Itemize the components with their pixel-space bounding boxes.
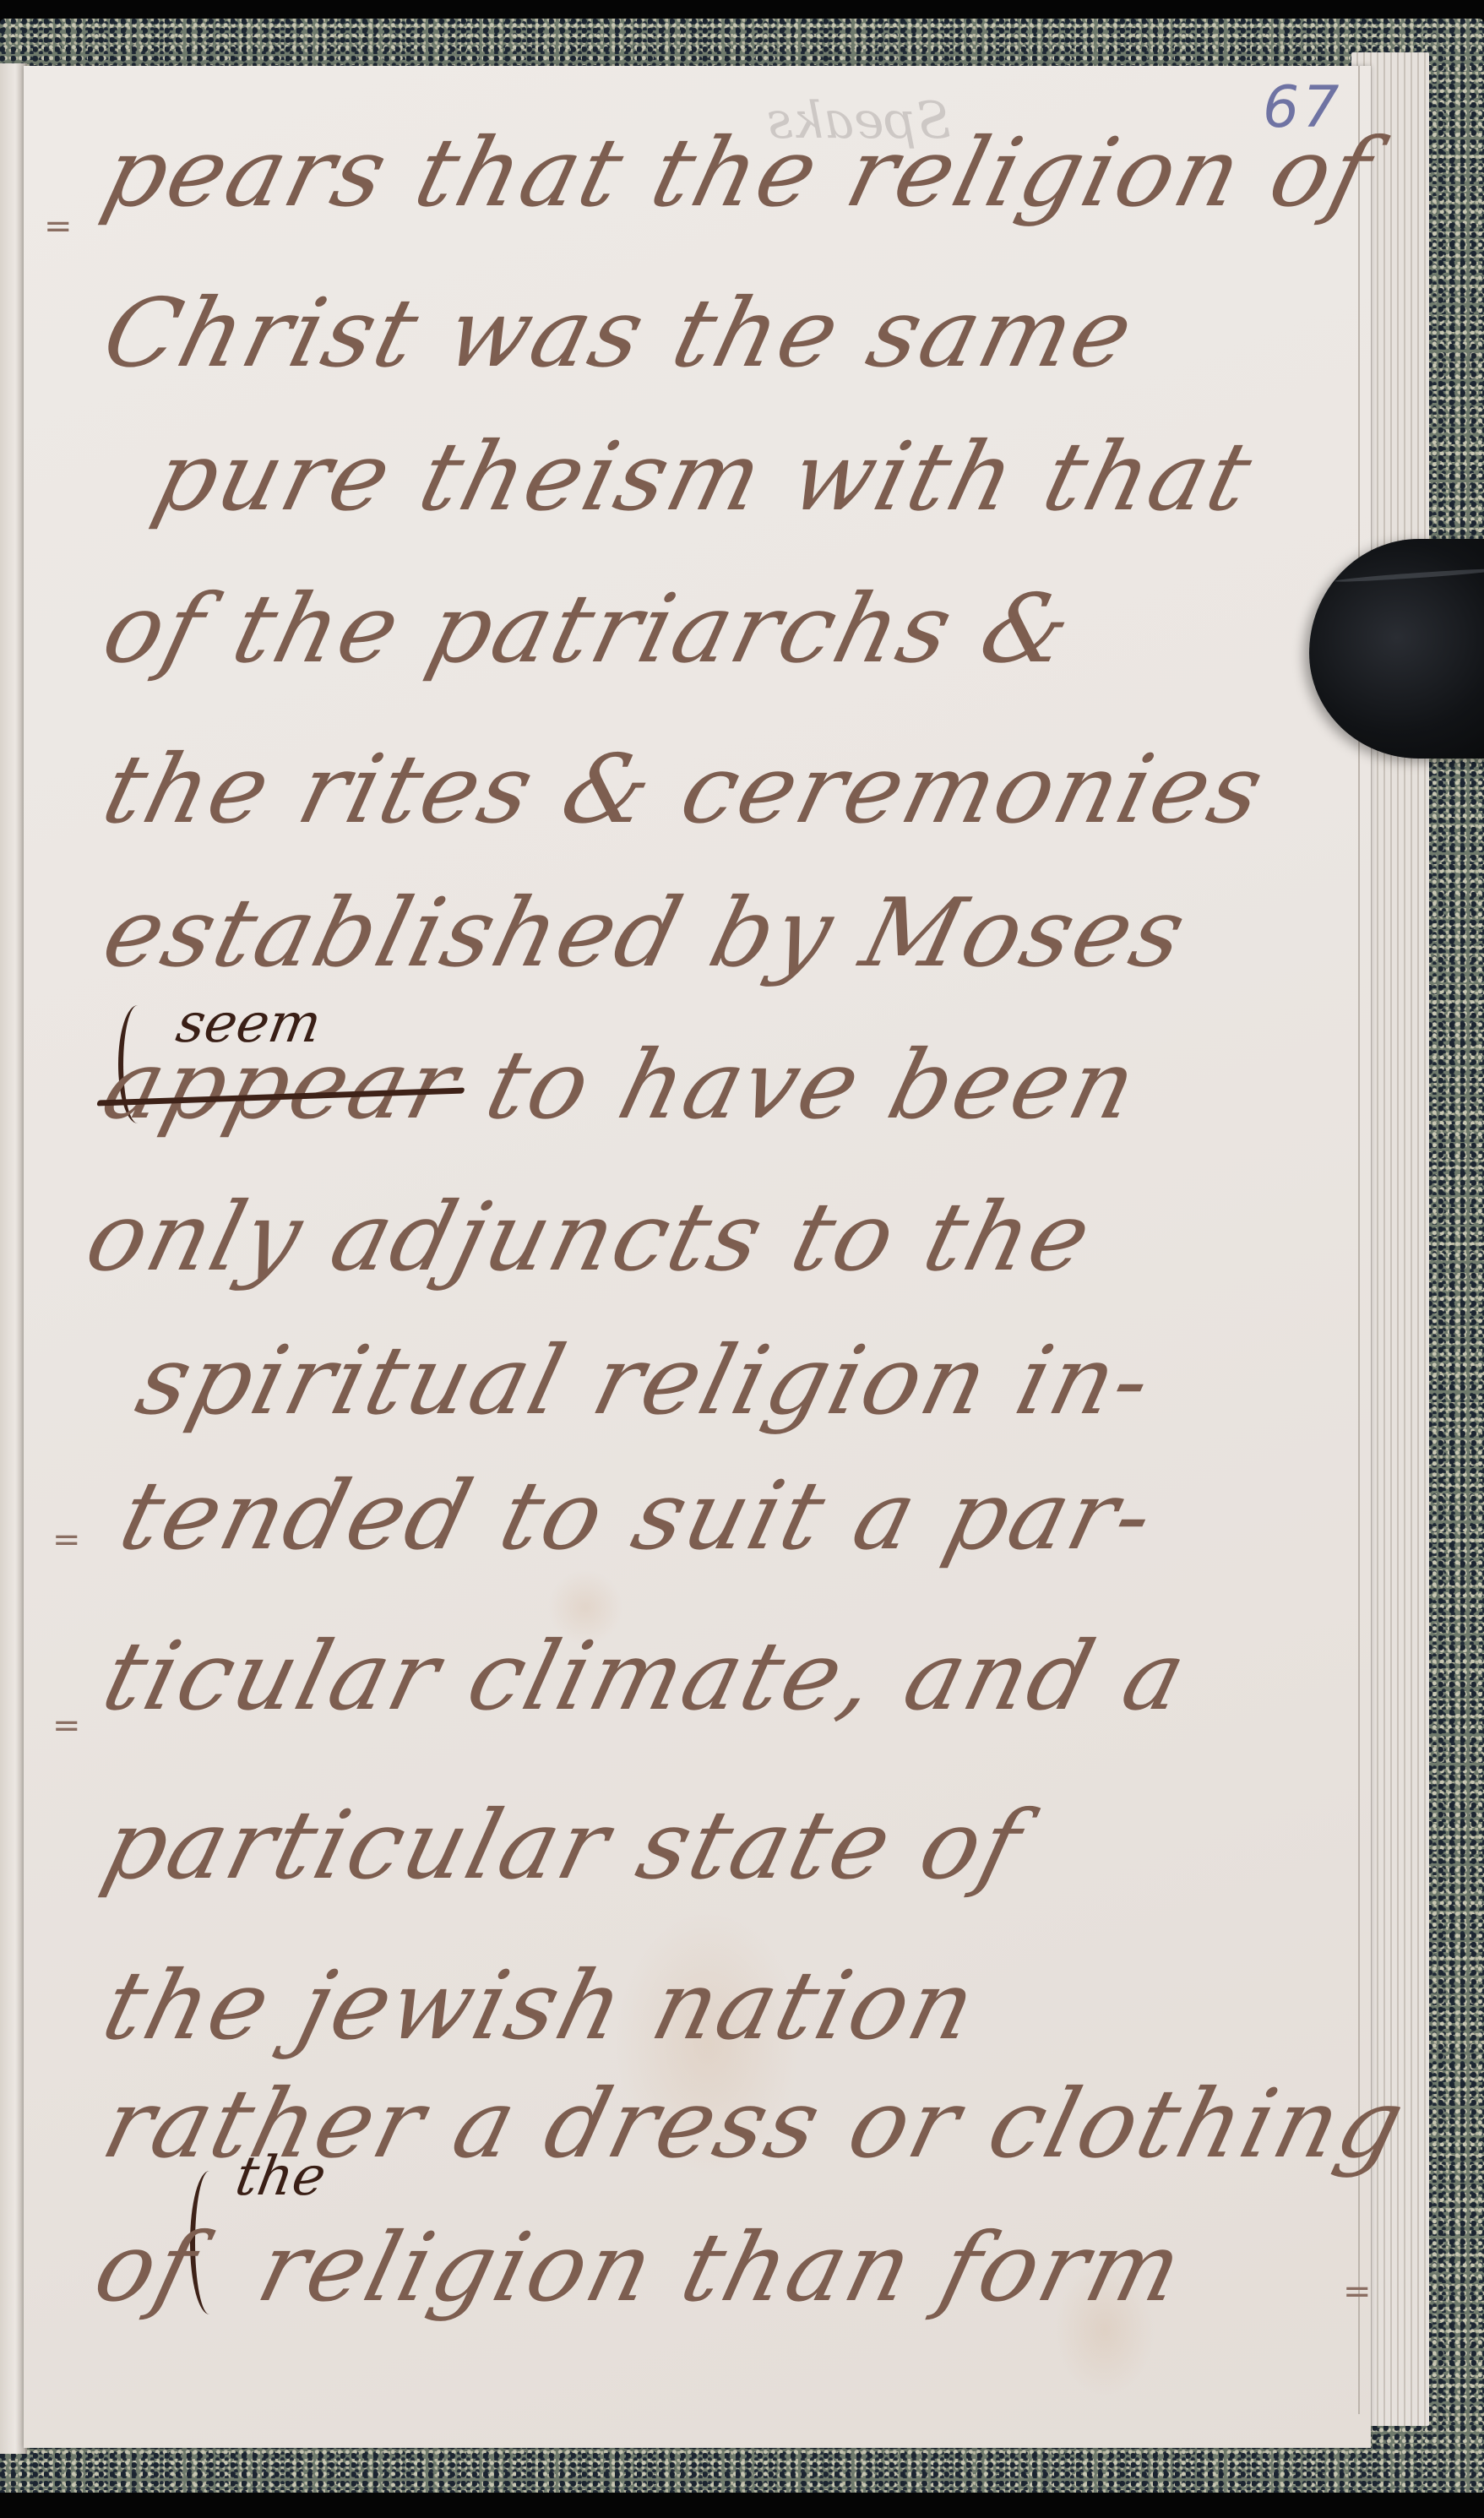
continuation-mark: = (52, 1520, 81, 1559)
manuscript-line-1: pears that the religion of (93, 118, 1383, 228)
struck-word: appear (93, 1031, 470, 1140)
clip-highlight (1335, 567, 1484, 584)
manuscript-line-13: the jewish nation (93, 1951, 988, 2061)
continuation-mark: = (44, 207, 73, 246)
line-7-text: to have been (476, 1031, 1149, 1140)
page-margin-rule (1358, 66, 1360, 2414)
manuscript-line-15: of religion than form (84, 2213, 1194, 2323)
manuscript-line-10: tended to suit a par- (110, 1461, 1166, 1571)
correction-insertion: the (231, 2145, 330, 2208)
manuscript-line-4: of the patriarchs & (93, 574, 1084, 684)
manuscript-line-11: ticular climate, and a (93, 1622, 1199, 1732)
manuscript-line-2: Christ was the same (93, 279, 1145, 389)
continuation-mark: = (1343, 2272, 1372, 2311)
background-shadow (0, 2493, 1484, 2518)
manuscript-line-6: established by Moses (93, 878, 1198, 988)
manuscript-line-3: pure theism with that (144, 422, 1264, 532)
manuscript-line-8: only adjuncts to the (76, 1183, 1103, 1292)
line-15-text: religion than form (248, 2213, 1195, 2323)
manuscript-line-9: spiritual religion in- (127, 1326, 1164, 1436)
manuscript-line-5: the rites & ceremonies (93, 735, 1276, 845)
continuation-mark: = (52, 1706, 81, 1745)
manuscript-line-7: appear to have been (93, 1031, 1149, 1140)
manuscript-line-12: particular state of (93, 1791, 1034, 1901)
